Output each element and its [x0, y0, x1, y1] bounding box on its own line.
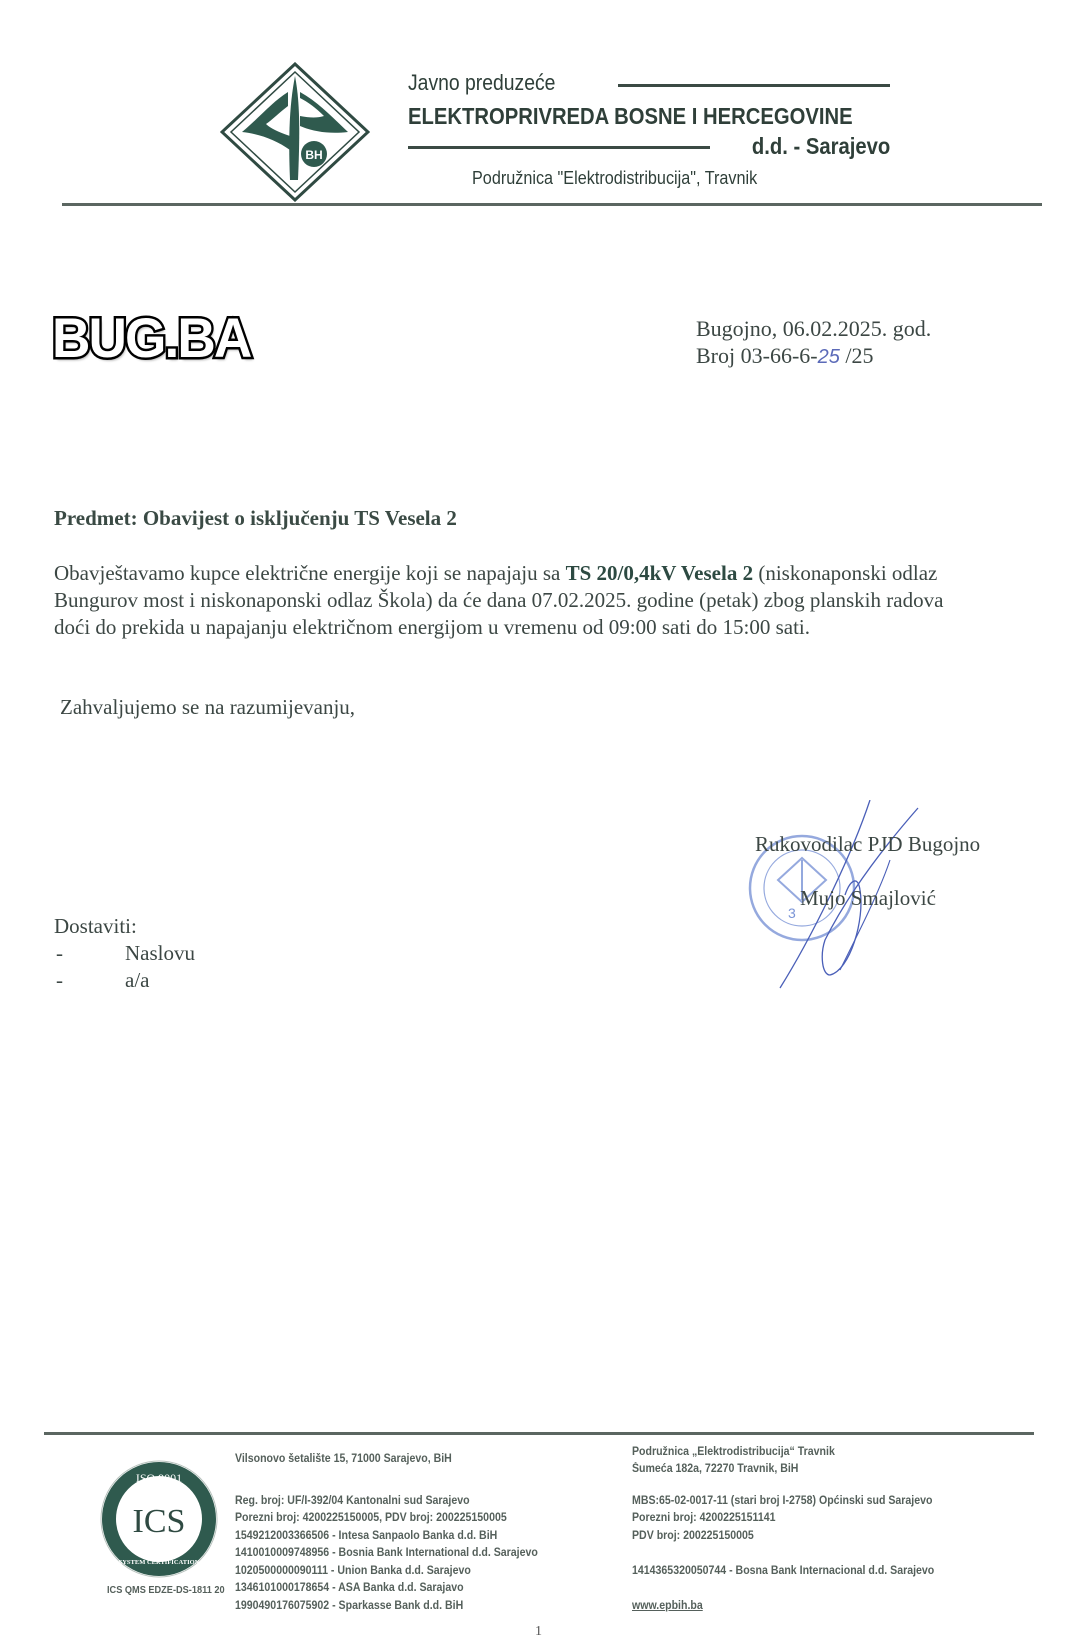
closing-line: Zahvaljujemo se na razumijevanju,	[60, 695, 355, 720]
body-text-3: doći do prekida u napajanju električnom …	[54, 614, 1064, 641]
legal-form: d.d. - Sarajevo	[752, 133, 890, 160]
footer-right-line: Porezni broj: 4200225151141	[632, 1512, 776, 1524]
footer-right-line: MBS:65-02-0017-11 (stari broj I-2758) Op…	[632, 1495, 932, 1507]
footer-right-line: 1414365320050744 - Bosna Bank Internacio…	[632, 1565, 934, 1577]
number-prefix: Broj 03-66-6-	[696, 343, 818, 368]
notice-body: Obavještavamo kupce električne energije …	[54, 560, 1064, 641]
footer-right-line: Podružnica „Elektrodistribucija“ Travnik	[632, 1446, 835, 1458]
footer-left-line: 1346101000178654 - ASA Banka d.d. Saraja…	[235, 1582, 464, 1594]
header-divider	[62, 203, 1042, 206]
delivery-dash: -	[56, 968, 63, 993]
footer-left-line: 1410010009748956 - Bosnia Bank Internati…	[235, 1547, 538, 1559]
delivery-item: Naslovu	[125, 941, 195, 966]
place-date: Bugojno, 06.02.2025. god.	[696, 316, 931, 342]
page-number: 1	[535, 1624, 542, 1640]
branch-name: Podružnica "Elektrodistribucija", Travni…	[472, 168, 757, 189]
delivery-item: a/a	[125, 968, 149, 993]
subject-line: Predmet: Obavijest o isključenju TS Vese…	[54, 506, 457, 531]
body-text-1b: (niskonaponski odlaz	[753, 561, 937, 585]
delivery-label: Dostaviti:	[54, 914, 137, 939]
iso-center-text: ICS	[133, 1503, 186, 1540]
footer-right-line: PDV broj: 200225150005	[632, 1530, 754, 1542]
company-name: ELEKTROPRIVREDA BOSNE I HERCEGOVINE	[408, 103, 853, 130]
body-text-2: Bungurov most i niskonaponski odlaz Škol…	[54, 587, 1064, 614]
footer-left-line: Porezni broj: 4200225150005, PDV broj: 2…	[235, 1512, 507, 1524]
signatory-role: Rukovodilac PJD Bugojno	[755, 832, 980, 857]
footer-left-line: 1549212003366506 - Intesa Sanpaolo Banka…	[235, 1530, 497, 1542]
footer-left-line: Reg. broj: UF/I-392/04 Kantonalni sud Sa…	[235, 1495, 470, 1507]
watermark: BUG.BA	[52, 305, 250, 370]
footer-left-line: 1990490176075902 - Sparkasse Bank d.d. B…	[235, 1600, 463, 1612]
footer-right-line: Šumeća 182a, 72270 Travnik, BiH	[632, 1463, 798, 1475]
signatory-name: Mujo Smajlović	[800, 886, 936, 911]
iso-standard: ISO 9001	[136, 1471, 182, 1485]
header-rule-2	[408, 146, 710, 149]
company-logo: BH	[220, 62, 370, 202]
body-text-1a: Obavještavamo kupce električne energije …	[54, 561, 566, 585]
footer-address: Vilsonovo šetalište 15, 71000 Sarajevo, …	[235, 1453, 452, 1465]
logo-badge: BH	[305, 148, 322, 162]
header-line1: Javno preduzeće	[408, 70, 555, 96]
iso-bottom-text: SYSTEM CERTIFICATION	[119, 1559, 200, 1566]
iso-caption: ICS QMS EDZE-DS-1811 20	[107, 1585, 225, 1596]
substation-name: TS 20/0,4kV Vesela 2	[566, 561, 754, 585]
footer-divider	[44, 1432, 1034, 1435]
document-number: Broj 03-66-6-25 /25	[696, 343, 873, 369]
iso-certification-seal: ISO 9001 ICS SYSTEM CERTIFICATION	[98, 1458, 220, 1580]
delivery-dash: -	[56, 941, 63, 966]
stamp-number: 3	[788, 905, 796, 921]
number-handwritten: 25	[818, 346, 840, 368]
footer-left-line: 1020500000090111 - Union Banka d.d. Sara…	[235, 1565, 471, 1577]
number-suffix: /25	[840, 343, 874, 368]
header-rule-1	[618, 84, 890, 87]
website-link[interactable]: www.epbih.ba	[632, 1600, 703, 1612]
